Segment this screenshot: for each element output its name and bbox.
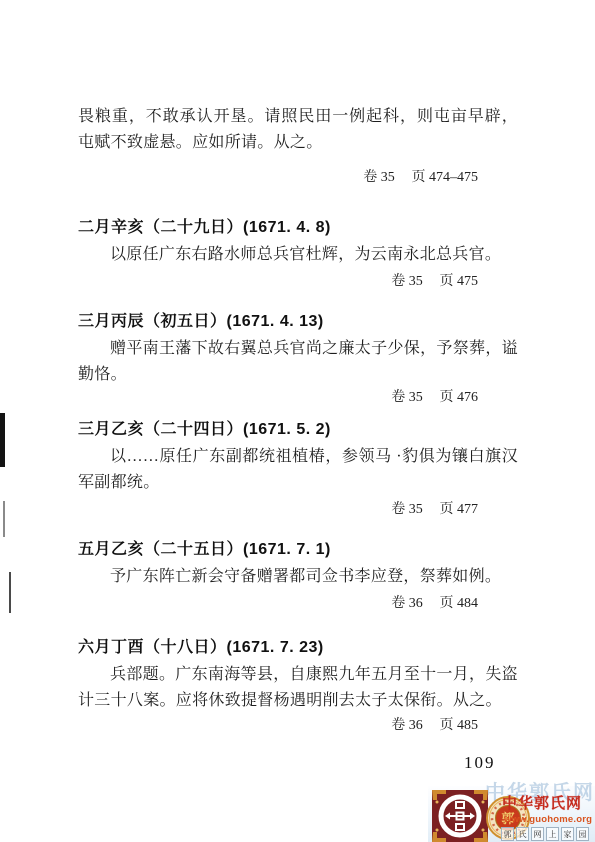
entry-source-ref: 卷 35页 475 (78, 272, 518, 292)
entry-date-heading: 三月乙亥（二十四日）(1671. 5. 2) (78, 418, 518, 442)
volume-ref: 卷 35 (391, 274, 423, 289)
page-number: 109 (464, 753, 496, 773)
volume-ref: 卷 35 (391, 390, 423, 405)
scanned-document-page: 畏粮重，不敢承认开垦。请照民田一例起科，则屯亩早辟，屯赋不致虚悬。应如所请。从之… (0, 0, 595, 842)
entry-body-text: 畏粮重，不敢承认开垦。请照民田一例起科，则屯亩早辟，屯赋不致虚悬。应如所请。从之… (78, 104, 518, 156)
slogan-character-box: 园 (576, 827, 589, 841)
clan-emblem-seal-icon (432, 790, 488, 842)
entry-source-ref: 卷 36页 484 (78, 594, 518, 614)
entry-body-text: 赠平南王藩下故右翼总兵官尚之廉太子少保，予祭葬，谥勤恪。 (78, 336, 518, 388)
entry-source-ref: 卷 36页 485 (78, 716, 518, 736)
record-entry: 畏粮重，不敢承认开垦。请照民田一例起科，则屯亩早辟，屯赋不致虚悬。应如所请。从之… (78, 104, 518, 188)
page-ref: 页 476 (440, 390, 479, 405)
entry-body-text: 以原任广东右路水师总兵官杜辉，为云南永北总兵官。 (78, 242, 518, 268)
entry-source-ref: 卷 35页 476 (78, 388, 518, 408)
slogan-character-box: 上 (546, 827, 559, 841)
page-ref: 页 485 (440, 718, 479, 733)
volume-ref: 卷 36 (391, 718, 423, 733)
slogan-character-box: 氏 (516, 827, 529, 841)
watermark-slogan: 郭氏网上家园 (501, 827, 589, 841)
volume-ref: 卷 35 (363, 170, 395, 185)
entry-body-text: 以……原任广东副都统祖植椿，参领马 ·豹俱为镶白旗汉军副都统。 (78, 444, 518, 496)
entry-body-text: 兵部题。广东南海等县，自康熙九年五月至十一月，失盗计三十八案。应将休致提督杨遇明… (78, 662, 518, 714)
page-ref: 页 484 (440, 596, 479, 611)
entry-date-heading: 三月丙辰（初五日）(1671. 4. 13) (78, 310, 518, 334)
scan-artifact-bar (0, 413, 5, 467)
site-watermark: 中华郭氏网 (428, 786, 595, 842)
page-ref: 页 474–475 (412, 170, 479, 185)
record-entry: 二月辛亥（二十九日）(1671. 4. 8) 以原任广东右路水师总兵官杜辉，为云… (78, 216, 518, 292)
scan-artifact-line (3, 501, 5, 537)
scan-artifact-line (9, 572, 11, 613)
page-ref: 页 477 (440, 502, 479, 517)
record-entry: 五月乙亥（二十五日）(1671. 7. 1) 予广东阵亡新会守备赠署都司佥书李应… (78, 538, 518, 614)
entry-date-heading: 六月丁酉（十八日）(1671. 7. 23) (78, 636, 518, 660)
watermark-site-url: www.guohome.org (504, 814, 592, 825)
record-entry: 三月乙亥（二十四日）(1671. 5. 2) 以……原任广东副都统祖植椿，参领马… (78, 418, 518, 520)
slogan-character-box: 网 (531, 827, 544, 841)
slogan-character-box: 郭 (501, 827, 514, 841)
slogan-character-box: 家 (561, 827, 574, 841)
entry-source-ref: 卷 35页 474–475 (78, 168, 518, 188)
record-entry: 三月丙辰（初五日）(1671. 4. 13) 赠平南王藩下故右翼总兵官尚之廉太子… (78, 310, 518, 408)
entry-date-heading: 五月乙亥（二十五日）(1671. 7. 1) (78, 538, 518, 562)
entry-body-text: 予广东阵亡新会守备赠署都司佥书李应登，祭葬如例。 (78, 564, 518, 590)
page-ref: 页 475 (440, 274, 479, 289)
entry-source-ref: 卷 35页 477 (78, 500, 518, 520)
entry-date-heading: 二月辛亥（二十九日）(1671. 4. 8) (78, 216, 518, 240)
watermark-site-title: 中华郭氏网 (502, 792, 594, 813)
volume-ref: 卷 36 (391, 596, 423, 611)
record-entry: 六月丁酉（十八日）(1671. 7. 23) 兵部题。广东南海等县，自康熙九年五… (78, 636, 518, 736)
volume-ref: 卷 35 (391, 502, 423, 517)
